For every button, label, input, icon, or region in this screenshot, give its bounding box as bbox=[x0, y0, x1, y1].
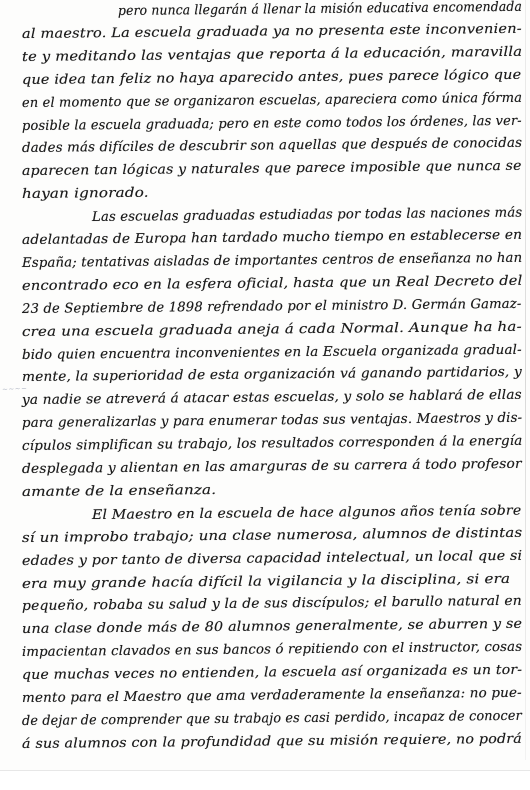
text-line: amante de la enseñanza. bbox=[22, 483, 216, 500]
text-line: aparecen tan lógicas y naturales que par… bbox=[22, 159, 522, 179]
text-line: que idea tan feliz no haya aparecido ant… bbox=[22, 67, 521, 87]
manuscript-page: ~~~~ pero nunca llegarán á llenar la mis… bbox=[0, 0, 530, 790]
text-line: encontrado eco en la esfera oficial, has… bbox=[22, 274, 523, 294]
text-line: sí un improbo trabajo; una clase numeros… bbox=[22, 525, 522, 545]
text-line: ya nadie se atreverá á atacar estas escu… bbox=[22, 388, 522, 408]
text-line: en el momento que se organizaron escuela… bbox=[22, 90, 522, 110]
text-line: al maestro. La escuela graduada ya no pr… bbox=[22, 22, 522, 42]
text-line: adelantadas de Europa han tardado mucho … bbox=[22, 228, 522, 248]
text-line: impacientan clavados en sus bancos ó rep… bbox=[22, 640, 522, 660]
text-line: de dejar de comprender que su trabajo es… bbox=[22, 709, 522, 729]
text-line: pero nunca llegarán á llenar la misión e… bbox=[118, 0, 522, 19]
text-line: mente, la superioridad de esta organizac… bbox=[22, 365, 522, 385]
text-line: edades y por tanto de diversa capacidad … bbox=[22, 548, 522, 568]
text-line: pequeño, robaba su salud y la de sus dis… bbox=[22, 594, 522, 614]
text-line: que muchas veces no entienden, la escuel… bbox=[22, 663, 522, 683]
text-line: España; tentativas aisladas de important… bbox=[22, 251, 522, 271]
text-line: crea una escuela graduada aneja á cada N… bbox=[22, 319, 522, 339]
text-line: una clase donde más de 80 alumnos genera… bbox=[22, 617, 522, 637]
text-line: dades más difíciles de descubrir son aqu… bbox=[22, 136, 522, 156]
text-line: bido quien encuentra inconvenientes en l… bbox=[22, 342, 522, 362]
scan-edge-line bbox=[525, 0, 526, 760]
text-line: á sus alumnos con la profundidad que su … bbox=[22, 732, 522, 752]
text-line: hayan ignorado. bbox=[22, 186, 149, 202]
paragraph-first-line: Las escuelas graduadas estudiadas por to… bbox=[92, 206, 522, 226]
text-line: mento para el Maestro que ama verdaderam… bbox=[22, 686, 522, 706]
text-line: te y meditando las ventajas que reporta … bbox=[22, 45, 522, 65]
text-line: para generalizarlas y para enumerar toda… bbox=[22, 411, 522, 431]
paragraph-first-line: El Maestro en la escuela de hace algunos… bbox=[92, 503, 521, 522]
scan-bottom-margin bbox=[0, 770, 530, 790]
text-line: posible la escuela graduada; pero en est… bbox=[22, 113, 522, 133]
text-line: era muy grande hacía difícil la vigilanc… bbox=[22, 571, 510, 591]
text-line: desplegada y alientan en las amarguras d… bbox=[22, 457, 522, 477]
text-line: 23 de Septiembre de 1898 refrendado por … bbox=[22, 296, 522, 316]
text-line: cípulos simplifican su trabajo, los resu… bbox=[22, 434, 523, 454]
